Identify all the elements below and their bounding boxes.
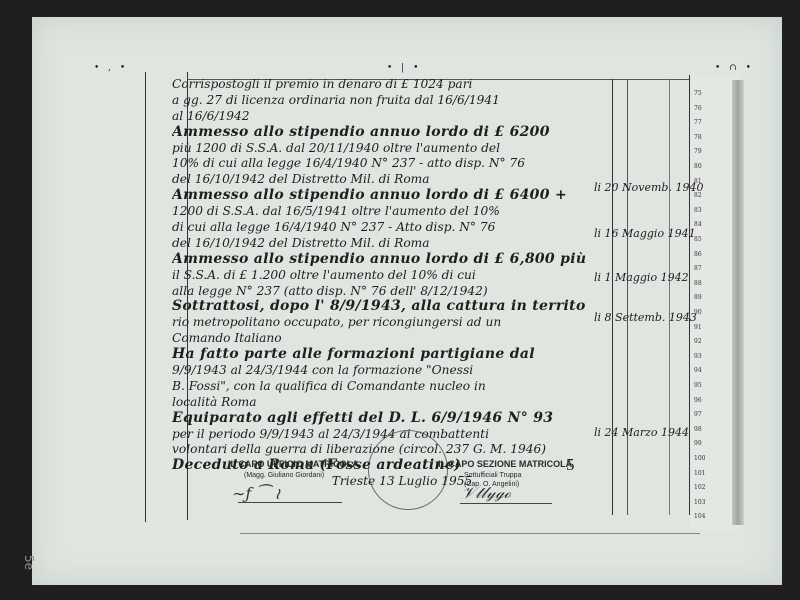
row-number: 75: [694, 90, 702, 97]
entry-line: del 16/10/1942 del Distretto Mil. di Rom…: [172, 236, 612, 252]
row-number: 81: [694, 178, 702, 185]
entry-line: Ammesso allo stipendio annuo lordo di £ …: [172, 252, 612, 268]
entry-escape-1943: Sottrattosi, dopo l' 8/9/1943, alla catt…: [172, 299, 612, 347]
left-signature-name: (Magg. Giuliano Giordani): [244, 472, 324, 479]
entry-line: il S.S.A. di £ 1.200 oltre l'aumento del…: [172, 268, 612, 284]
date-column-line: [627, 79, 628, 515]
entry-line: Sottrattosi, dopo l' 8/9/1943, alla catt…: [172, 299, 612, 315]
date-column-line: [669, 79, 670, 515]
row-number: 79: [694, 148, 702, 155]
entry-salary-1942: Ammesso allo stipendio annuo lordo di £ …: [172, 252, 612, 300]
entry-line: Corrispostogli il premio in denaro di £ …: [172, 77, 612, 93]
row-number: 102: [694, 484, 705, 491]
right-signature-scrawl: 𝒱𝓉𝓁𝓎ℊℴ: [462, 483, 511, 503]
entry-salary-1941: Ammesso allo stipendio annuo lordo di £ …: [172, 188, 612, 252]
row-number: 84: [694, 221, 702, 228]
margin-line: [145, 72, 146, 522]
entry-date: li 24 Marzo 1944: [594, 426, 689, 439]
signature-underline: [238, 502, 342, 503]
date-column-line: [612, 79, 613, 515]
row-number: 100: [694, 455, 705, 462]
entry-line: Equiparato agli effetti del D. L. 6/9/19…: [172, 411, 612, 427]
row-number: 101: [694, 470, 705, 477]
row-number: 86: [694, 251, 702, 258]
row-number: 97: [694, 411, 702, 418]
signature-underline: [460, 503, 552, 504]
row-number: 87: [694, 265, 702, 272]
row-number: 103: [694, 499, 705, 506]
right-signature-subtitle: Sottufficiali Truppa: [464, 472, 521, 479]
entry-line: Ammesso allo stipendio annuo lordo di £ …: [172, 188, 612, 204]
row-number: 80: [694, 163, 702, 170]
right-signature-title: IL CAPO SEZIONE MATRICOLA: [438, 459, 572, 469]
bottom-rule: [240, 533, 700, 534]
punch-mark: • ∩ •: [715, 63, 754, 73]
page-number: 5: [566, 455, 575, 475]
row-number: 76: [694, 105, 702, 112]
entry-date: li 20 Novemb. 1940: [594, 181, 703, 194]
row-number: 92: [694, 338, 702, 345]
entry-date: li 1 Maggio 1942: [594, 271, 689, 284]
entry-line: di cui alla legge 16/4/1940 N° 237 - Att…: [172, 220, 612, 236]
row-number: 78: [694, 134, 702, 141]
row-number: 85: [694, 236, 702, 243]
official-seal: [368, 430, 448, 510]
punch-mark: • | •: [387, 63, 421, 73]
row-number: 88: [694, 280, 702, 287]
row-number: 96: [694, 397, 702, 404]
entry-line: 9/9/1943 al 24/3/1944 con la formazione …: [172, 363, 612, 379]
entry-line: località Roma: [172, 395, 612, 411]
entry-line: alla legge N° 237 (atto disp. N° 76 dell…: [172, 284, 612, 300]
row-number: 82: [694, 192, 702, 199]
row-number: 89: [694, 294, 702, 301]
row-number: 94: [694, 367, 702, 374]
entry-line: al 16/6/1942: [172, 109, 612, 125]
row-number: 93: [694, 353, 702, 360]
punch-mark: • , •: [94, 63, 128, 73]
row-number: 90: [694, 309, 702, 316]
left-signature-title: IL CAPO UFFICIO MATRICOLA: [228, 459, 359, 469]
entry-premium: Corrispostogli il premio in denaro di £ …: [172, 77, 612, 125]
table-right-line: [689, 75, 690, 515]
entry-line: B. Fossi", con la qualifica di Comandant…: [172, 379, 612, 395]
entry-salary-1940: Ammesso allo stipendio annuo lordo di £ …: [172, 125, 612, 189]
entry-date: li 16 Maggio 1941: [594, 227, 696, 240]
row-number: 77: [694, 119, 702, 126]
entry-line: rio metropolitano occupato, per ricongiu…: [172, 315, 612, 331]
entry-line: 10% di cui alla legge 16/4/1940 N° 237 -…: [172, 156, 612, 172]
entry-line: Ammesso allo stipendio annuo lordo di £ …: [172, 125, 612, 141]
pencil-note: 5e: [22, 555, 36, 570]
row-number: 99: [694, 440, 702, 447]
row-number: 98: [694, 426, 702, 433]
entry-line: Ha fatto parte alle formazioni partigian…: [172, 347, 612, 363]
entry-line: a gg. 27 di licenza ordinaria non fruita…: [172, 93, 612, 109]
row-number: 83: [694, 207, 702, 214]
entry-line: 1200 di S.S.A. dal 16/5/1941 oltre l'aum…: [172, 204, 612, 220]
entries-block: Corrispostogli il premio in denaro di £ …: [172, 77, 612, 490]
entry-partisan: Ha fatto parte alle formazioni partigian…: [172, 347, 612, 411]
row-number: 104: [694, 513, 705, 520]
entry-line: del 16/10/1942 del Distretto Mil. di Rom…: [172, 172, 612, 188]
row-number: 91: [694, 324, 702, 331]
row-number: 95: [694, 382, 702, 389]
strip-shadow: [732, 80, 744, 525]
entry-line: Comando Italiano: [172, 331, 612, 347]
entry-date: li 8 Settemb. 1943: [594, 311, 697, 324]
entry-line: più 1200 di S.S.A. dal 20/11/1940 oltre …: [172, 141, 612, 157]
left-signature-scrawl: ∼ƒ ⁀ ≀: [232, 484, 280, 503]
